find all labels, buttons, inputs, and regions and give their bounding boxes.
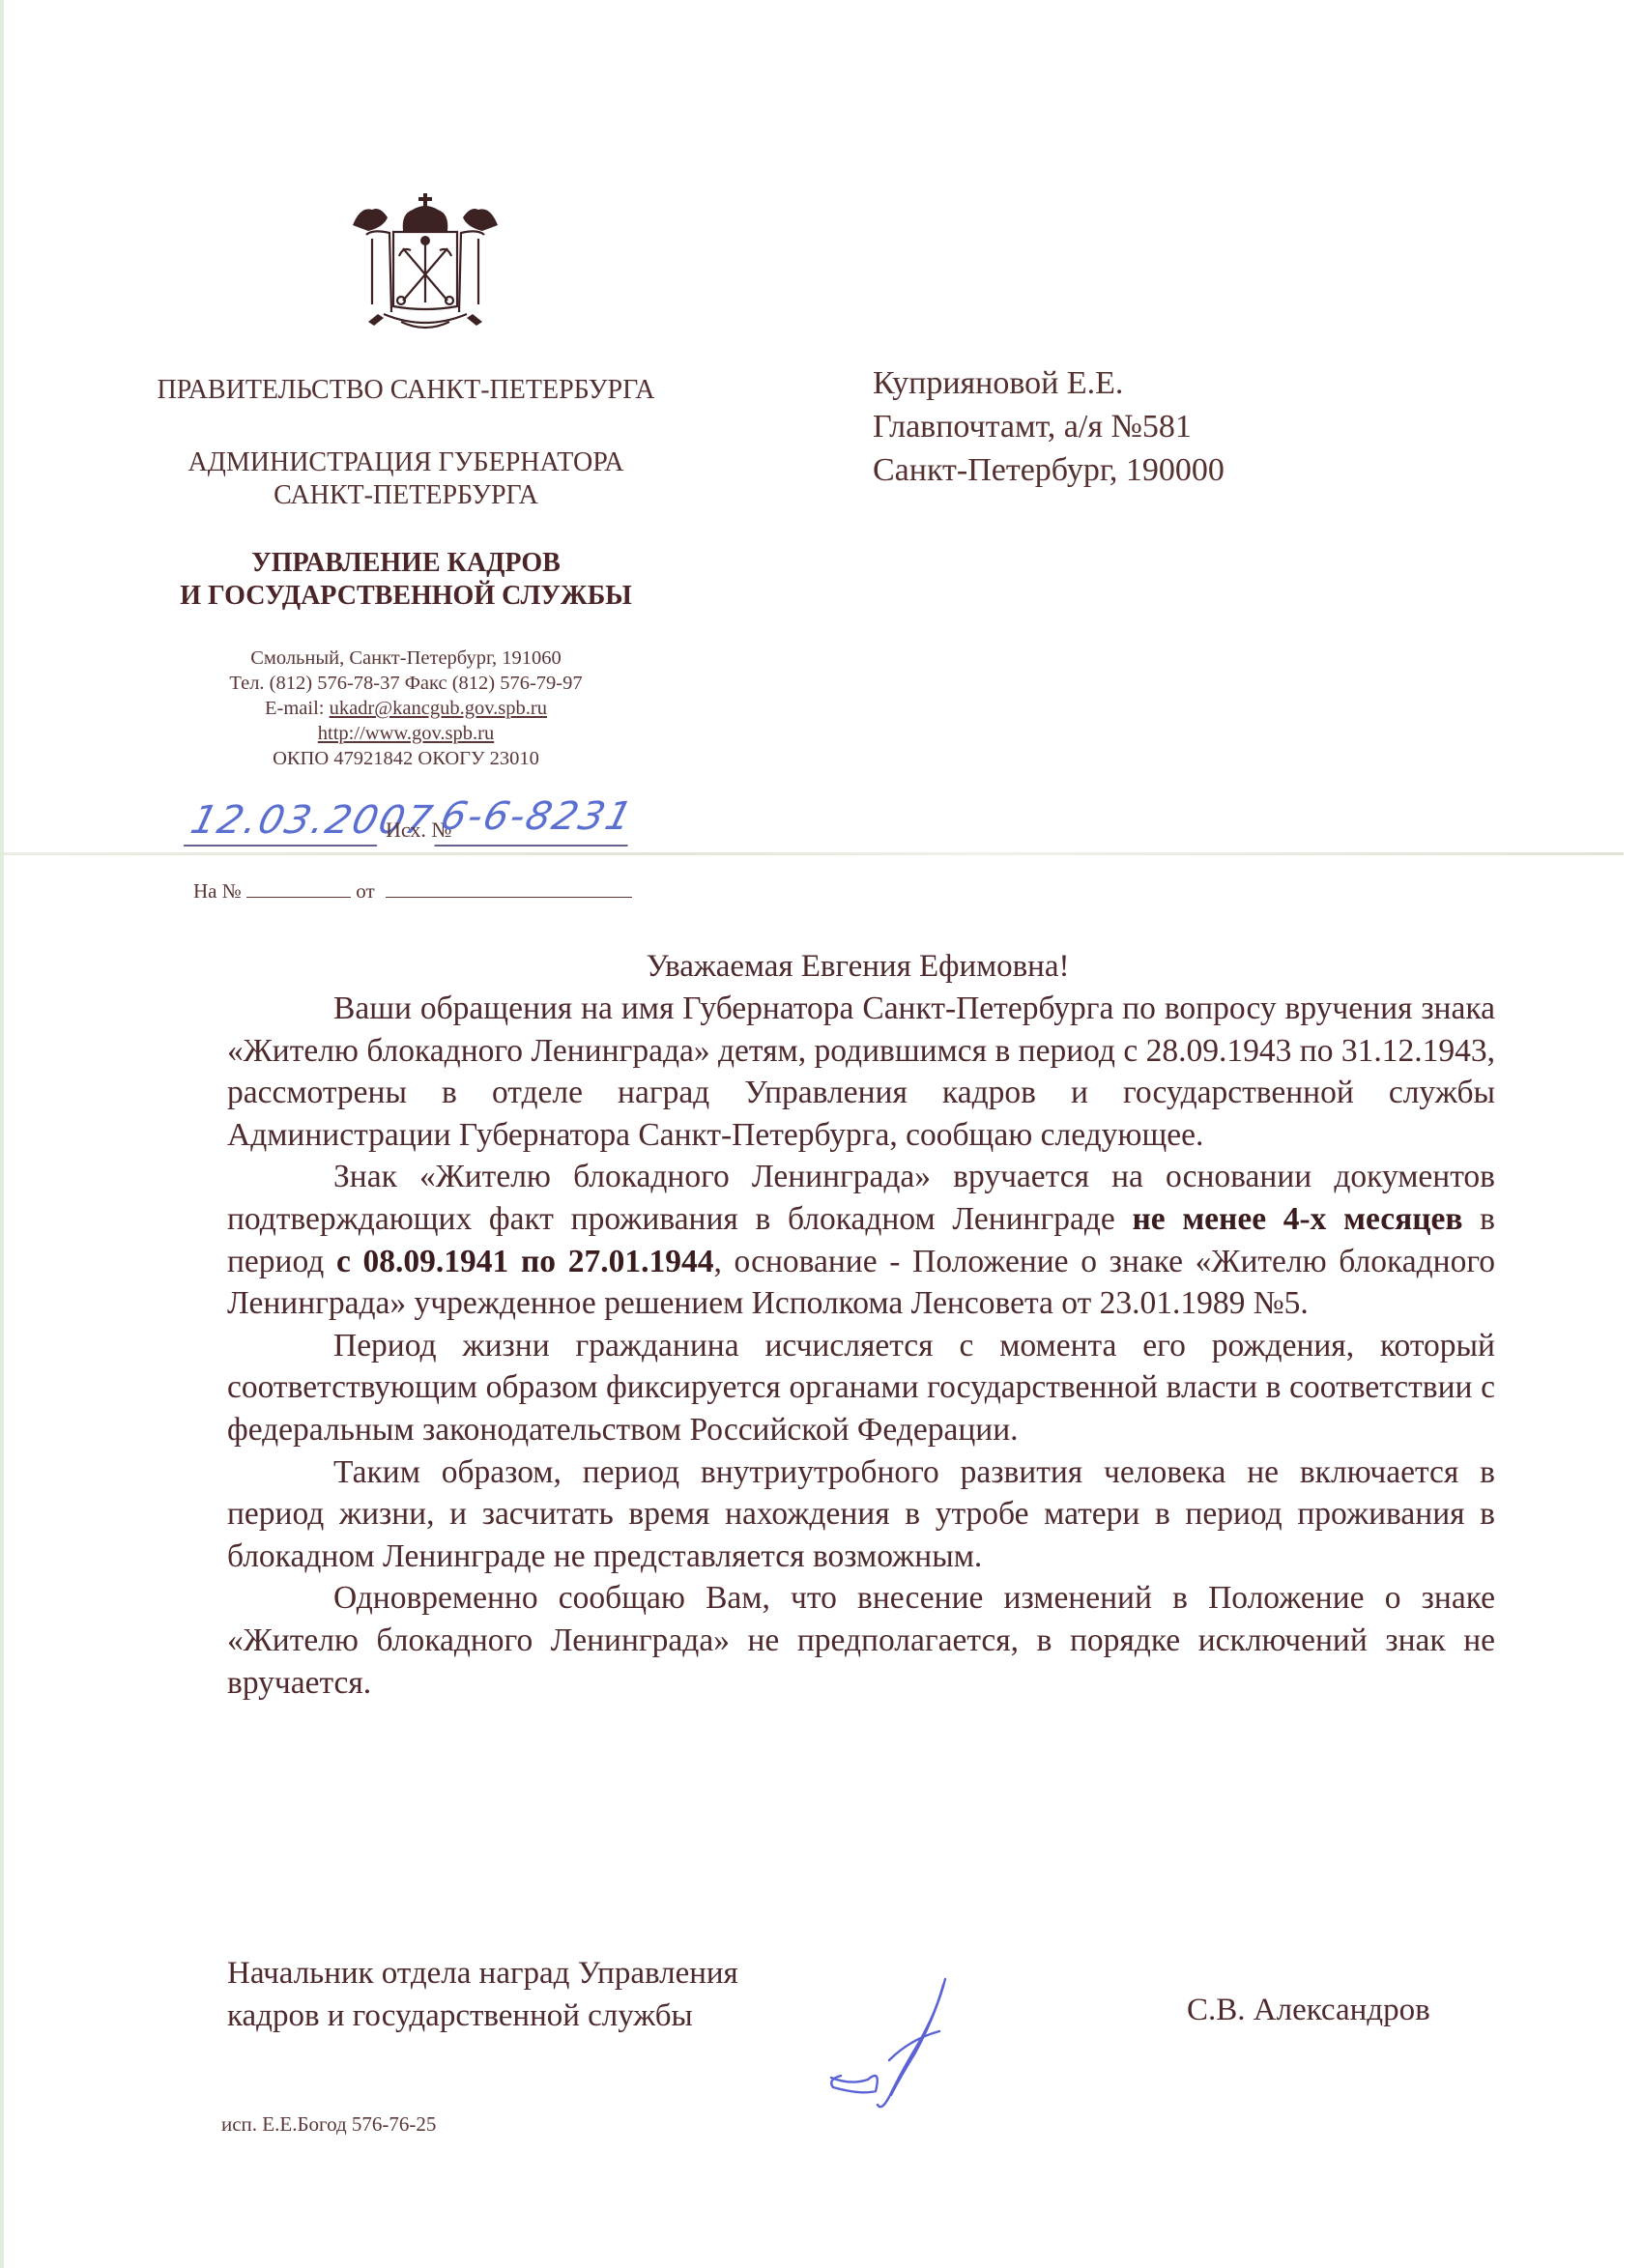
administration-line-2: САНКТ-ПЕТЕРБУРГА [116, 479, 696, 512]
paragraph-2-bold-duration: не менее 4-х месяцев [1132, 1201, 1462, 1237]
paper-fold-line [0, 852, 1624, 855]
letter-body: Ваши обращения на имя Губернатора Санкт-… [227, 988, 1495, 1704]
department-line-1: УПРАВЛЕНИЕ КАДРОВ [116, 547, 696, 580]
letterhead-department: УПРАВЛЕНИЕ КАДРОВ И ГОСУДАРСТВЕННОЙ СЛУЖ… [116, 547, 696, 613]
paragraph-2: Знак «Жителю блокадного Ленинграда» вруч… [227, 1156, 1495, 1324]
letter-page: ПРАВИТЕЛЬСТВО САНКТ-ПЕТЕРБУРГА АДМИНИСТР… [0, 0, 1643, 2268]
signatory-title-line-2: кадров и государственной службы [227, 1995, 738, 2037]
addressee-city: Санкт-Петербург, 190000 [873, 448, 1225, 492]
st-petersburg-coat-of-arms-icon [333, 188, 517, 333]
paragraph-5: Одновременно сообщаю Вам, что внесение и… [227, 1577, 1495, 1704]
letterhead-address: Смольный, Санкт-Петербург, 191060 [116, 646, 696, 671]
incoming-number-label: На № [193, 879, 242, 903]
scan-edge [0, 0, 4, 2268]
incoming-number-blank [246, 879, 351, 898]
letterhead-codes: ОКПО 47921842 ОКОГУ 23010 [116, 746, 696, 771]
addressee-po-box: Главпочтамт, а/я №581 [873, 405, 1225, 448]
letterhead-government: ПРАВИТЕЛЬСТВО САНКТ-ПЕТЕРБУРГА [116, 375, 696, 406]
handwritten-outgoing-number: 6-6-8231 [434, 794, 640, 847]
signatory-name: С.В. Александров [1187, 1993, 1430, 2028]
paragraph-3: Период жизни гражданина исчисляется с мо… [227, 1325, 1495, 1451]
letterhead-email-row: E-mail: ukadr@kancgub.gov.spb.ru [116, 696, 696, 721]
incoming-date-blank [386, 879, 632, 898]
paragraph-4: Таким образом, период внутриутробного ра… [227, 1451, 1495, 1578]
executor-contact: исп. Е.Е.Богод 576-76-25 [221, 2112, 436, 2137]
email-link[interactable]: ukadr@kancgub.gov.spb.ru [330, 698, 547, 719]
salutation: Уважаемая Евгения Ефимовна! [213, 949, 1503, 985]
administration-line-1: АДМИНИСТРАЦИЯ ГУБЕРНАТОРА [116, 446, 696, 479]
signatory-title-line-1: Начальник отдела наград Управления [227, 1952, 738, 1995]
letterhead-phone-fax: Тел. (812) 576-78-37 Факс (812) 576-79-9… [116, 671, 696, 696]
addressee-name: Куприяновой Е.Е. [873, 361, 1225, 405]
incoming-from-label: от [356, 879, 374, 903]
paragraph-2-bold-period: с 08.09.1941 по 27.01.1944 [336, 1244, 713, 1279]
email-label: E-mail: [265, 698, 330, 719]
incoming-reference: На № от [193, 879, 632, 904]
paragraph-1: Ваши обращения на имя Губернатора Санкт-… [227, 988, 1495, 1156]
outgoing-reference: 12.03.2007 Исх. № 6-6-8231 [189, 794, 692, 852]
letterhead-contacts: Смольный, Санкт-Петербург, 191060 Тел. (… [116, 646, 696, 771]
handwritten-date: 12.03.2007 [184, 798, 389, 847]
addressee-block: Куприяновой Е.Е. Главпочтамт, а/я №581 С… [873, 361, 1225, 492]
department-line-2: И ГОСУДАРСТВЕННОЙ СЛУЖБЫ [116, 580, 696, 613]
website-link[interactable]: http://www.gov.spb.ru [318, 723, 494, 744]
handwritten-signature-icon [821, 1971, 986, 2116]
letterhead-administration: АДМИНИСТРАЦИЯ ГУБЕРНАТОРА САНКТ-ПЕТЕРБУР… [116, 446, 696, 512]
signatory-title: Начальник отдела наград Управления кадро… [227, 1952, 738, 2037]
